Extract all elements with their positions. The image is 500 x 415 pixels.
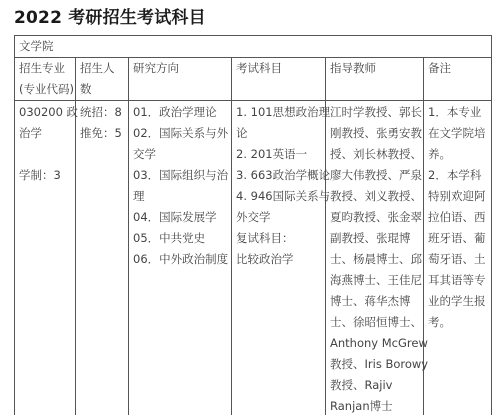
research-direction-cont: 理 <box>133 186 227 207</box>
exam-subject-1-cont: 论 <box>236 123 321 144</box>
major-code-name-cont: 治学 <box>19 123 71 144</box>
header-quota: 招生人数 <box>76 58 129 101</box>
page-title: 2022 考研招生考试科目 <box>14 3 206 28</box>
remarks-line: 萄牙语、土 <box>428 249 487 270</box>
advisors-line: 士、杨晨博士、邱 <box>330 249 419 270</box>
advisors-line: 刚教授、张勇安教 <box>330 123 419 144</box>
exam-subjects-table: 文学院 招生专业 (专业代码) 招生人数 研究方向 考试科目 指导教师 备注 0… <box>14 35 492 415</box>
advisors-line: Ranjan博士 <box>330 396 419 415</box>
quota-cell: 统招：8 推免：5 <box>76 101 129 415</box>
advisors-line: 教授、刘义教授、 <box>330 186 419 207</box>
research-direction-cont: 交学 <box>133 144 227 165</box>
remarks-cell: 1．本专业 在文学院培 养。 2．本学科 特别欢迎阿 拉伯语、西 班牙语、葡 萄… <box>424 101 492 415</box>
remarks-line: 班牙语、葡 <box>428 228 487 249</box>
advisors-line: 博士、蒋华杰博 <box>330 291 419 312</box>
research-direction: 04．国际发展学 <box>133 207 227 228</box>
school-row: 文学院 <box>15 36 492 58</box>
header-major-line1: 招生专业 <box>19 58 71 79</box>
exam-subject-4: 4. 946国际关系与 <box>236 186 321 207</box>
remarks-line: 2．本学科 <box>428 165 487 186</box>
research-cell: 01．政治学理论 02．国际关系与外 交学 03．国际组织与治 理 04．国际发… <box>129 101 232 415</box>
exam-subject-3: 3. 663政治学概论 <box>236 165 321 186</box>
advisors-line: 教授、Rajiv <box>330 375 419 396</box>
major-cell: 030200 政 治学 学制：3 <box>15 101 76 415</box>
research-direction: 06．中外政治制度 <box>133 249 227 270</box>
remarks-line: 考。 <box>428 312 487 333</box>
exam-subject-4-cont: 外交学 <box>236 207 321 228</box>
research-direction: 01．政治学理论 <box>133 102 227 123</box>
research-direction: 05．中共党史 <box>133 228 227 249</box>
advisors-line: 廖大伟教授、严泉 <box>330 165 419 186</box>
retest-subject: 比较政治学 <box>236 249 321 270</box>
major-code-name: 030200 政 <box>19 102 71 123</box>
remarks-line: 养。 <box>428 144 487 165</box>
retest-label: 复试科目： <box>236 228 321 249</box>
school-name: 文学院 <box>15 36 492 58</box>
header-research: 研究方向 <box>129 58 232 101</box>
header-advisors: 指导教师 <box>326 58 424 101</box>
exam-cell: 1. 101思想政治理 论 2. 201英语一 3. 663政治学概论 4. 9… <box>232 101 326 415</box>
remarks-line: 耳其语等专 <box>428 270 487 291</box>
advisors-line: Anthony McGrew <box>330 333 419 354</box>
exam-subject-2: 2. 201英语一 <box>236 144 321 165</box>
advisors-line: 江时学教授、郭长 <box>330 102 419 123</box>
remarks-line: 特别欢迎阿 <box>428 186 487 207</box>
advisors-line: 夏昀教授、张金翠 <box>330 207 419 228</box>
quota-recommended: 推免：5 <box>80 123 124 144</box>
advisors-line: 副教授、张琨博 <box>330 228 419 249</box>
remarks-line: 1．本专业 <box>428 102 487 123</box>
header-row: 招生专业 (专业代码) 招生人数 研究方向 考试科目 指导教师 备注 <box>15 58 492 101</box>
research-direction: 02．国际关系与外 <box>133 123 227 144</box>
major-duration: 学制：3 <box>19 165 71 186</box>
header-remarks: 备注 <box>424 58 492 101</box>
header-exam: 考试科目 <box>232 58 326 101</box>
exam-subject-1: 1. 101思想政治理 <box>236 102 321 123</box>
remarks-line: 在文学院培 <box>428 123 487 144</box>
header-major: 招生专业 (专业代码) <box>15 58 76 101</box>
header-major-line2: (专业代码) <box>19 79 71 100</box>
advisors-line: 士、徐昭恒博士、 <box>330 312 419 333</box>
advisors-line: 教授、Iris Borowy <box>330 354 419 375</box>
advisors-line: 海燕博士、王佳尼 <box>330 270 419 291</box>
advisors-line: 授、刘长林教授、 <box>330 144 419 165</box>
research-direction: 03．国际组织与治 <box>133 165 227 186</box>
remarks-line: 拉伯语、西 <box>428 207 487 228</box>
advisors-cell: 江时学教授、郭长 刚教授、张勇安教 授、刘长林教授、 廖大伟教授、严泉 教授、刘… <box>326 101 424 415</box>
table-row: 030200 政 治学 学制：3 统招：8 推免：5 01．政治学理论 02．国… <box>15 101 492 415</box>
remarks-line: 业的学生报 <box>428 291 487 312</box>
quota-unified: 统招：8 <box>80 102 124 123</box>
